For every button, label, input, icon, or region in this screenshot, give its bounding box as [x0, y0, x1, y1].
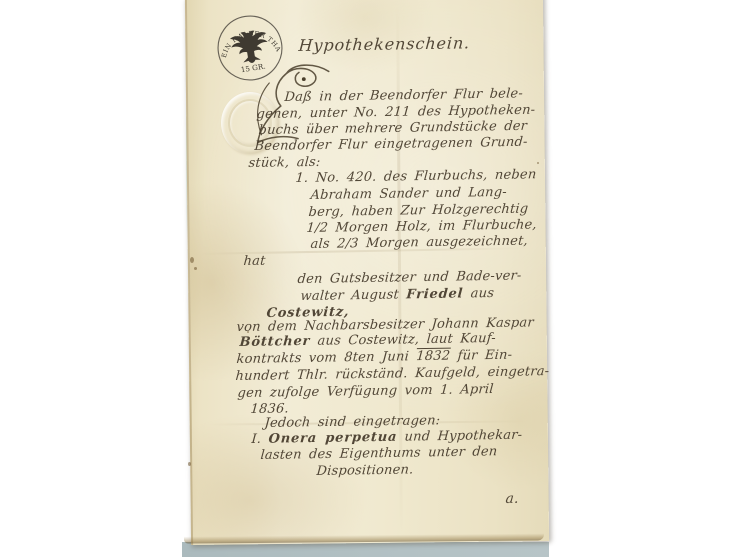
- handwritten-segment: stück, als:: [248, 155, 321, 171]
- scanned-document-photo: { "colors": { "background": "#ffffff", "…: [0, 0, 740, 557]
- handwritten-segment: walter August: [300, 287, 407, 304]
- handwritten-segment: 1. No. 420. des Flurbuchs, neben: [295, 167, 537, 186]
- handwritten-segment: Dispositionen.: [316, 462, 414, 479]
- handwritten-segment: lasten des Eigenthums unter den: [260, 444, 498, 463]
- handwritten-line: Jedoch sind eingetragen:: [264, 413, 441, 431]
- handwritten-segment: als 2/3 Morgen ausgezeichnet,: [310, 234, 528, 252]
- handwritten-line: 1. No. 420. des Flurbuchs, neben: [295, 167, 537, 186]
- handwritten-line: 1836.: [250, 401, 289, 417]
- handwritten-line: hundert Thlr. rückständ. Kaufgeld, einge…: [235, 364, 550, 384]
- page-mark: a.: [505, 491, 519, 507]
- handwritten-line: den Gutsbesitzer und Bade-ver-: [297, 268, 522, 287]
- handwritten-line: Dispositionen.: [316, 462, 414, 479]
- handwritten-segment: Abraham Sander und Lang-: [310, 185, 507, 203]
- handwritten-segment: kontrakts vom 8ten Juni: [236, 349, 417, 367]
- handwritten-segment: 1832: [416, 349, 451, 365]
- handwritten-line: als 2/3 Morgen ausgezeichnet,: [310, 234, 528, 252]
- handwritten-segment: aus: [463, 286, 495, 301]
- handwritten-segment: Onera perpetua: [268, 430, 398, 447]
- handwritten-line: stück, als:: [248, 155, 321, 171]
- handwritten-line: Daß in der Beendorfer Flur bele-: [284, 86, 523, 105]
- handwritten-segment: hundert Thlr. rückständ. Kaufgeld, einge…: [235, 364, 550, 384]
- handwritten-line: gen zufolge Verfügung vom 1. April: [237, 382, 494, 401]
- handwritten-segment: Friedel: [406, 286, 464, 302]
- handwritten-segment: Jedoch sind eingetragen:: [264, 413, 441, 431]
- handwritten-segment: I.: [251, 432, 269, 447]
- handwritten-segment: den Gutsbesitzer und Bade-ver-: [297, 268, 522, 287]
- handwritten-line: Abraham Sander und Lang-: [310, 185, 507, 203]
- handwritten-segment: und Hypothekar-: [397, 428, 523, 445]
- handwritten-segment: für Ein-: [450, 348, 513, 364]
- handwritten-segment: Böttcher: [239, 334, 311, 350]
- handwritten-segment: 1836.: [250, 401, 289, 417]
- handwritten-line: hat: [243, 254, 266, 269]
- handwritten-text: Hypothekenschein.Daß in der Beendorfer F…: [0, 0, 740, 557]
- manuscript-heading: Hypothekenschein.: [298, 33, 471, 55]
- handwritten-line: walter August Friedel aus: [300, 286, 495, 304]
- handwritten-line: lasten des Eigenthums unter den: [260, 444, 498, 463]
- handwritten-line: kontrakts vom 8ten Juni 1832 für Ein-: [236, 348, 513, 367]
- handwritten-line: Beendorfer Flur eingetragenen Grund-: [254, 135, 528, 154]
- handwritten-segment: Hypothekenschein.: [298, 33, 471, 55]
- handwritten-segment: hat: [243, 254, 266, 269]
- handwritten-segment: Beendorfer Flur eingetragenen Grund-: [254, 135, 528, 154]
- handwritten-segment: Daß in der Beendorfer Flur bele-: [284, 86, 523, 105]
- handwritten-line: Böttcher aus Costewitz, laut Kauf-: [239, 331, 496, 350]
- handwritten-segment: a.: [505, 491, 519, 507]
- handwritten-segment: gen zufolge Verfügung vom 1. April: [237, 382, 494, 401]
- handwritten-segment: aus Costewitz, laut Kauf-: [310, 331, 497, 349]
